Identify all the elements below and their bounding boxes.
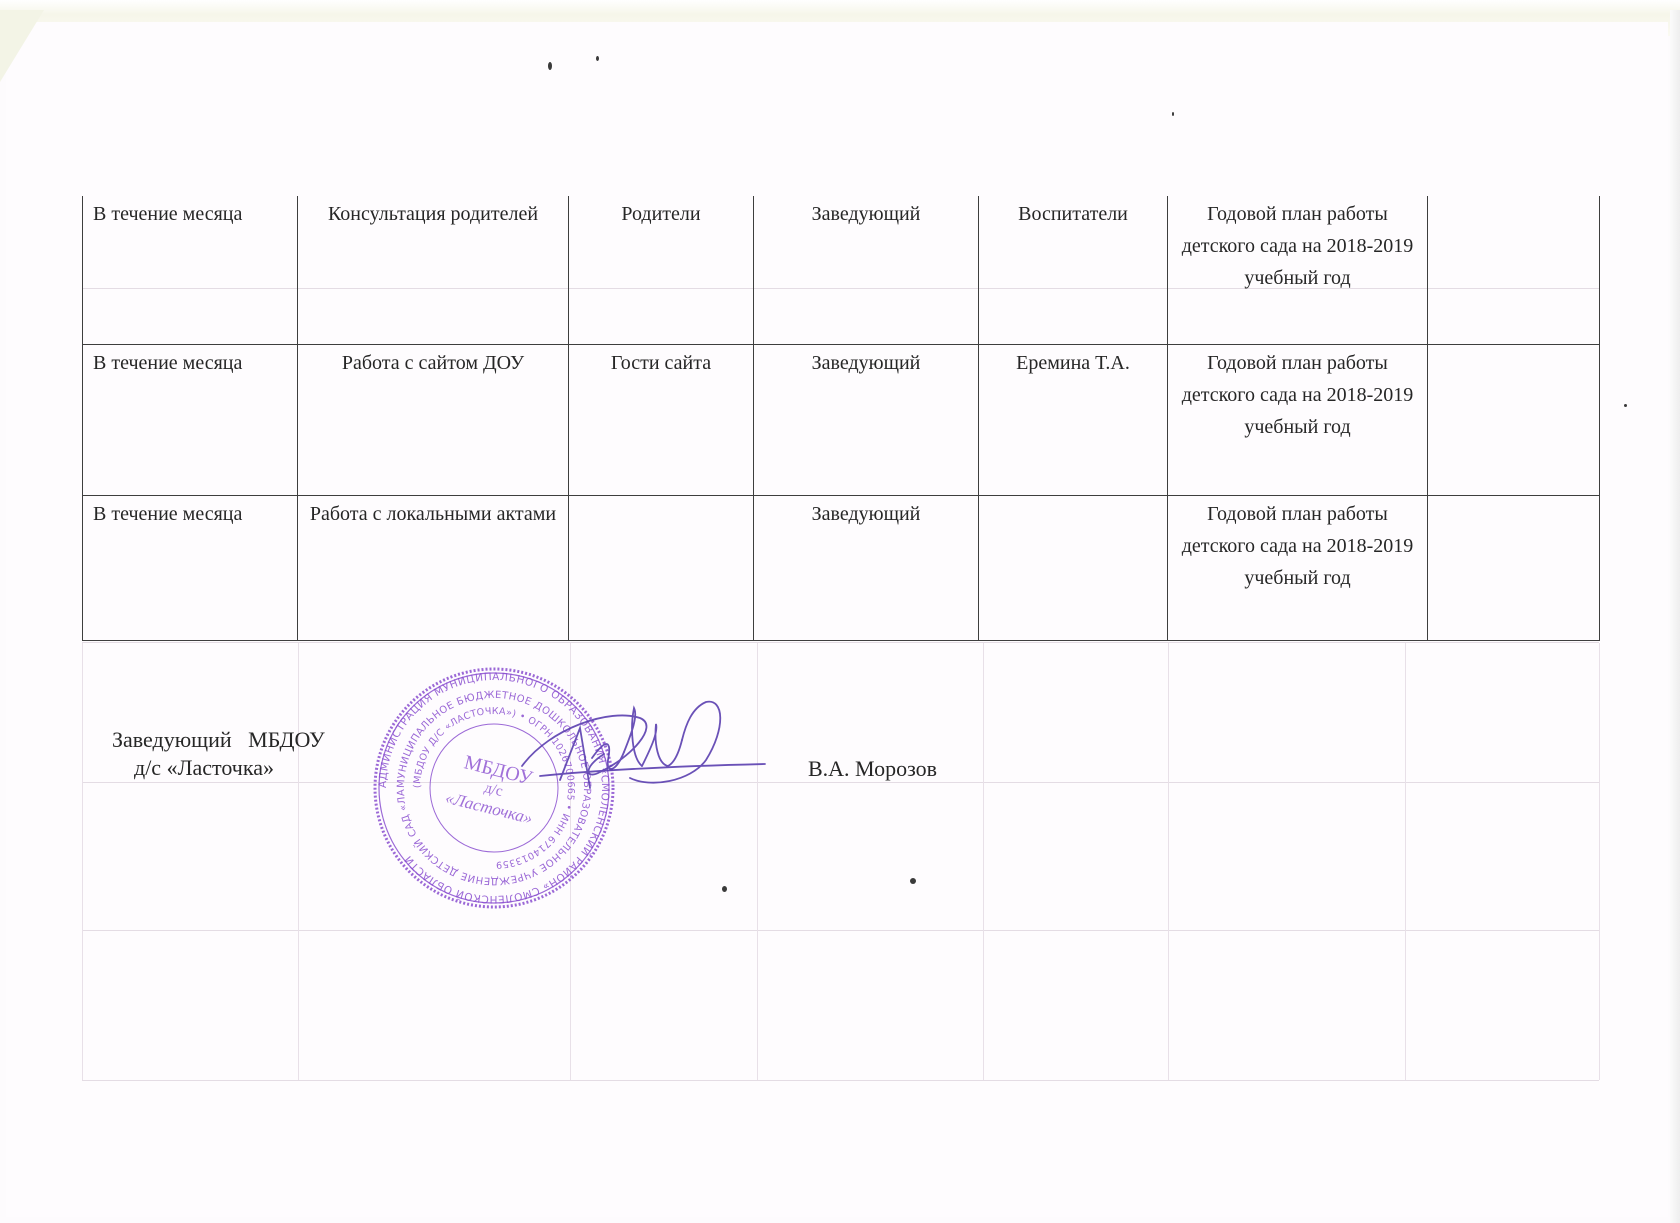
- cell-basis: Годовой план работы детского сада на 201…: [1168, 196, 1428, 345]
- table-row: В течение месяца Работа с сайтом ДОУ Гос…: [83, 345, 1600, 496]
- cell-result: [1428, 345, 1600, 496]
- cell-basis: Годовой план работы детского сада на 201…: [1168, 345, 1428, 496]
- cell-responsible: Заведующий: [754, 345, 979, 496]
- cell-result: [1428, 196, 1600, 345]
- position-line-1: Заведующий МБДОУ: [112, 727, 325, 752]
- cell-period: В течение месяца: [83, 196, 298, 345]
- handwritten-signature: [520, 688, 770, 808]
- position-line-2: д/с «Ласточка»: [112, 754, 325, 782]
- cell-participants: [569, 496, 754, 641]
- signatory-name: В.А. Морозов: [808, 756, 937, 782]
- cell-responsible: Заведующий: [754, 196, 979, 345]
- cell-period: В течение месяца: [83, 345, 298, 496]
- cell-activity: Работа с сайтом ДОУ: [298, 345, 569, 496]
- cell-participants: Гости сайта: [569, 345, 754, 496]
- cell-basis: Годовой план работы детского сада на 201…: [1168, 496, 1428, 641]
- cell-period: В течение месяца: [83, 496, 298, 641]
- cell-activity: Консультация родителей: [298, 196, 569, 345]
- cell-participants: Родители: [569, 196, 754, 345]
- cell-executor: Воспитатели: [979, 196, 1168, 345]
- table-row: В течение месяца Консультация родителей …: [83, 196, 1600, 345]
- signatory-position: Заведующий МБДОУ д/с «Ласточка»: [112, 726, 325, 782]
- table-row: В течение месяца Работа с локальными акт…: [83, 496, 1600, 641]
- cell-activity: Работа с локальными актами: [298, 496, 569, 641]
- cell-result: [1428, 496, 1600, 641]
- cell-executor: Еремина Т.А.: [979, 345, 1168, 496]
- cell-executor: [979, 496, 1168, 641]
- cell-responsible: Заведующий: [754, 496, 979, 641]
- folded-corner: [0, 10, 44, 82]
- scan-edge-right: [1670, 10, 1680, 1223]
- work-plan-table: В течение месяца Консультация родителей …: [82, 196, 1600, 641]
